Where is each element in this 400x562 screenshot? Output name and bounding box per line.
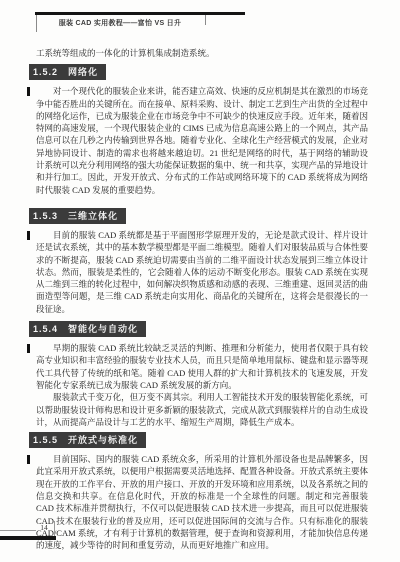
footer-bar: [0, 536, 56, 540]
section-heading-intelligence: 1.5.4 智能化与自动化: [29, 321, 146, 337]
paragraph: 对一个现代化的服装企业来讲，能否建立高效、快速的反应机制是其在激烈的市场竞争中能…: [36, 85, 368, 196]
paragraph-mark: [27, 231, 30, 240]
book-page: 服装 CAD 实用教程——富怡 VS 日升 工系统等组成的一体化的计算机集成制造…: [0, 0, 400, 562]
page-header: 服装 CAD 实用教程——富怡 VS 日升: [0, 0, 400, 46]
section-1-5-3: 1.5.3 三维立体化 目前的服装 CAD 系统都是基于平面图形学原理开发的，无…: [36, 196, 368, 315]
page-content: 工系统等组成的一体化的计算机集成制造系统。 1.5.2 网络化 对一个现代化的服…: [0, 47, 400, 552]
footer-tick: [54, 521, 55, 536]
paragraph: 目前的服装 CAD 系统都是基于平面图形学原理开发的，无论是款式设计、样片设计还…: [36, 229, 368, 315]
paragraph-mark: [27, 455, 30, 464]
paragraph: 目前国际、国内的服装 CAD 系统众多，所采用的计算机外部设备也是品牌繁多，因此…: [36, 453, 368, 551]
continuation-paragraph: 工系统等组成的一体化的计算机集成制造系统。: [36, 47, 368, 59]
header-top-rule: [35, 12, 245, 15]
page-number: 14: [36, 523, 52, 532]
section-heading-3d: 1.5.3 三维立体化: [29, 208, 126, 224]
section-heading-networking: 1.5.2 网络化: [29, 64, 106, 80]
paragraph-mark: [27, 344, 30, 353]
section-1-5-5: 1.5.5 开放式与标准化 目前国际、国内的服装 CAD 系统众多，所采用的计算…: [36, 428, 368, 551]
paragraph-text: 目前国际、国内的服装 CAD 系统众多，所采用的计算机外部设备也是品牌繁多，因此…: [36, 454, 368, 550]
paragraph: 服装款式千变万化，但万变不离其宗。利用人工智能技术开发的服装智能化系统，可以帮助…: [36, 391, 368, 428]
paragraph-text: 早期的服装 CAD 系统比较缺乏灵活的判断、推理和分析能力，使用者仅限于具有较高…: [36, 343, 368, 390]
paragraph-mark: [27, 87, 30, 96]
paragraph-text: 服装款式千变万化，但万变不离其宗。利用人工智能技术开发的服装智能化系统，可以帮助…: [36, 392, 368, 427]
paragraph: 早期的服装 CAD 系统比较缺乏灵活的判断、推理和分析能力，使用者仅限于具有较高…: [36, 342, 368, 391]
section-heading-open-standard: 1.5.5 开放式与标准化: [29, 432, 146, 448]
header-right-tick: [205, 15, 206, 25]
running-head-title: 服装 CAD 实用教程——富怡 VS 日升: [36, 18, 204, 28]
paragraph-text: 目前的服装 CAD 系统都是基于平面图形学原理开发的，无论是款式设计、样片设计还…: [36, 230, 368, 314]
section-1-5-2: 1.5.2 网络化 对一个现代化的服装企业来讲，能否建立高效、快速的反应机制是其…: [36, 59, 368, 196]
footer-rule: [0, 530, 36, 531]
paragraph-text: 对一个现代化的服装企业来讲，能否建立高效、快速的反应机制是其在激烈的市场竞争中能…: [36, 86, 368, 194]
section-1-5-4: 1.5.4 智能化与自动化 早期的服装 CAD 系统比较缺乏灵活的判断、推理和分…: [36, 315, 368, 428]
